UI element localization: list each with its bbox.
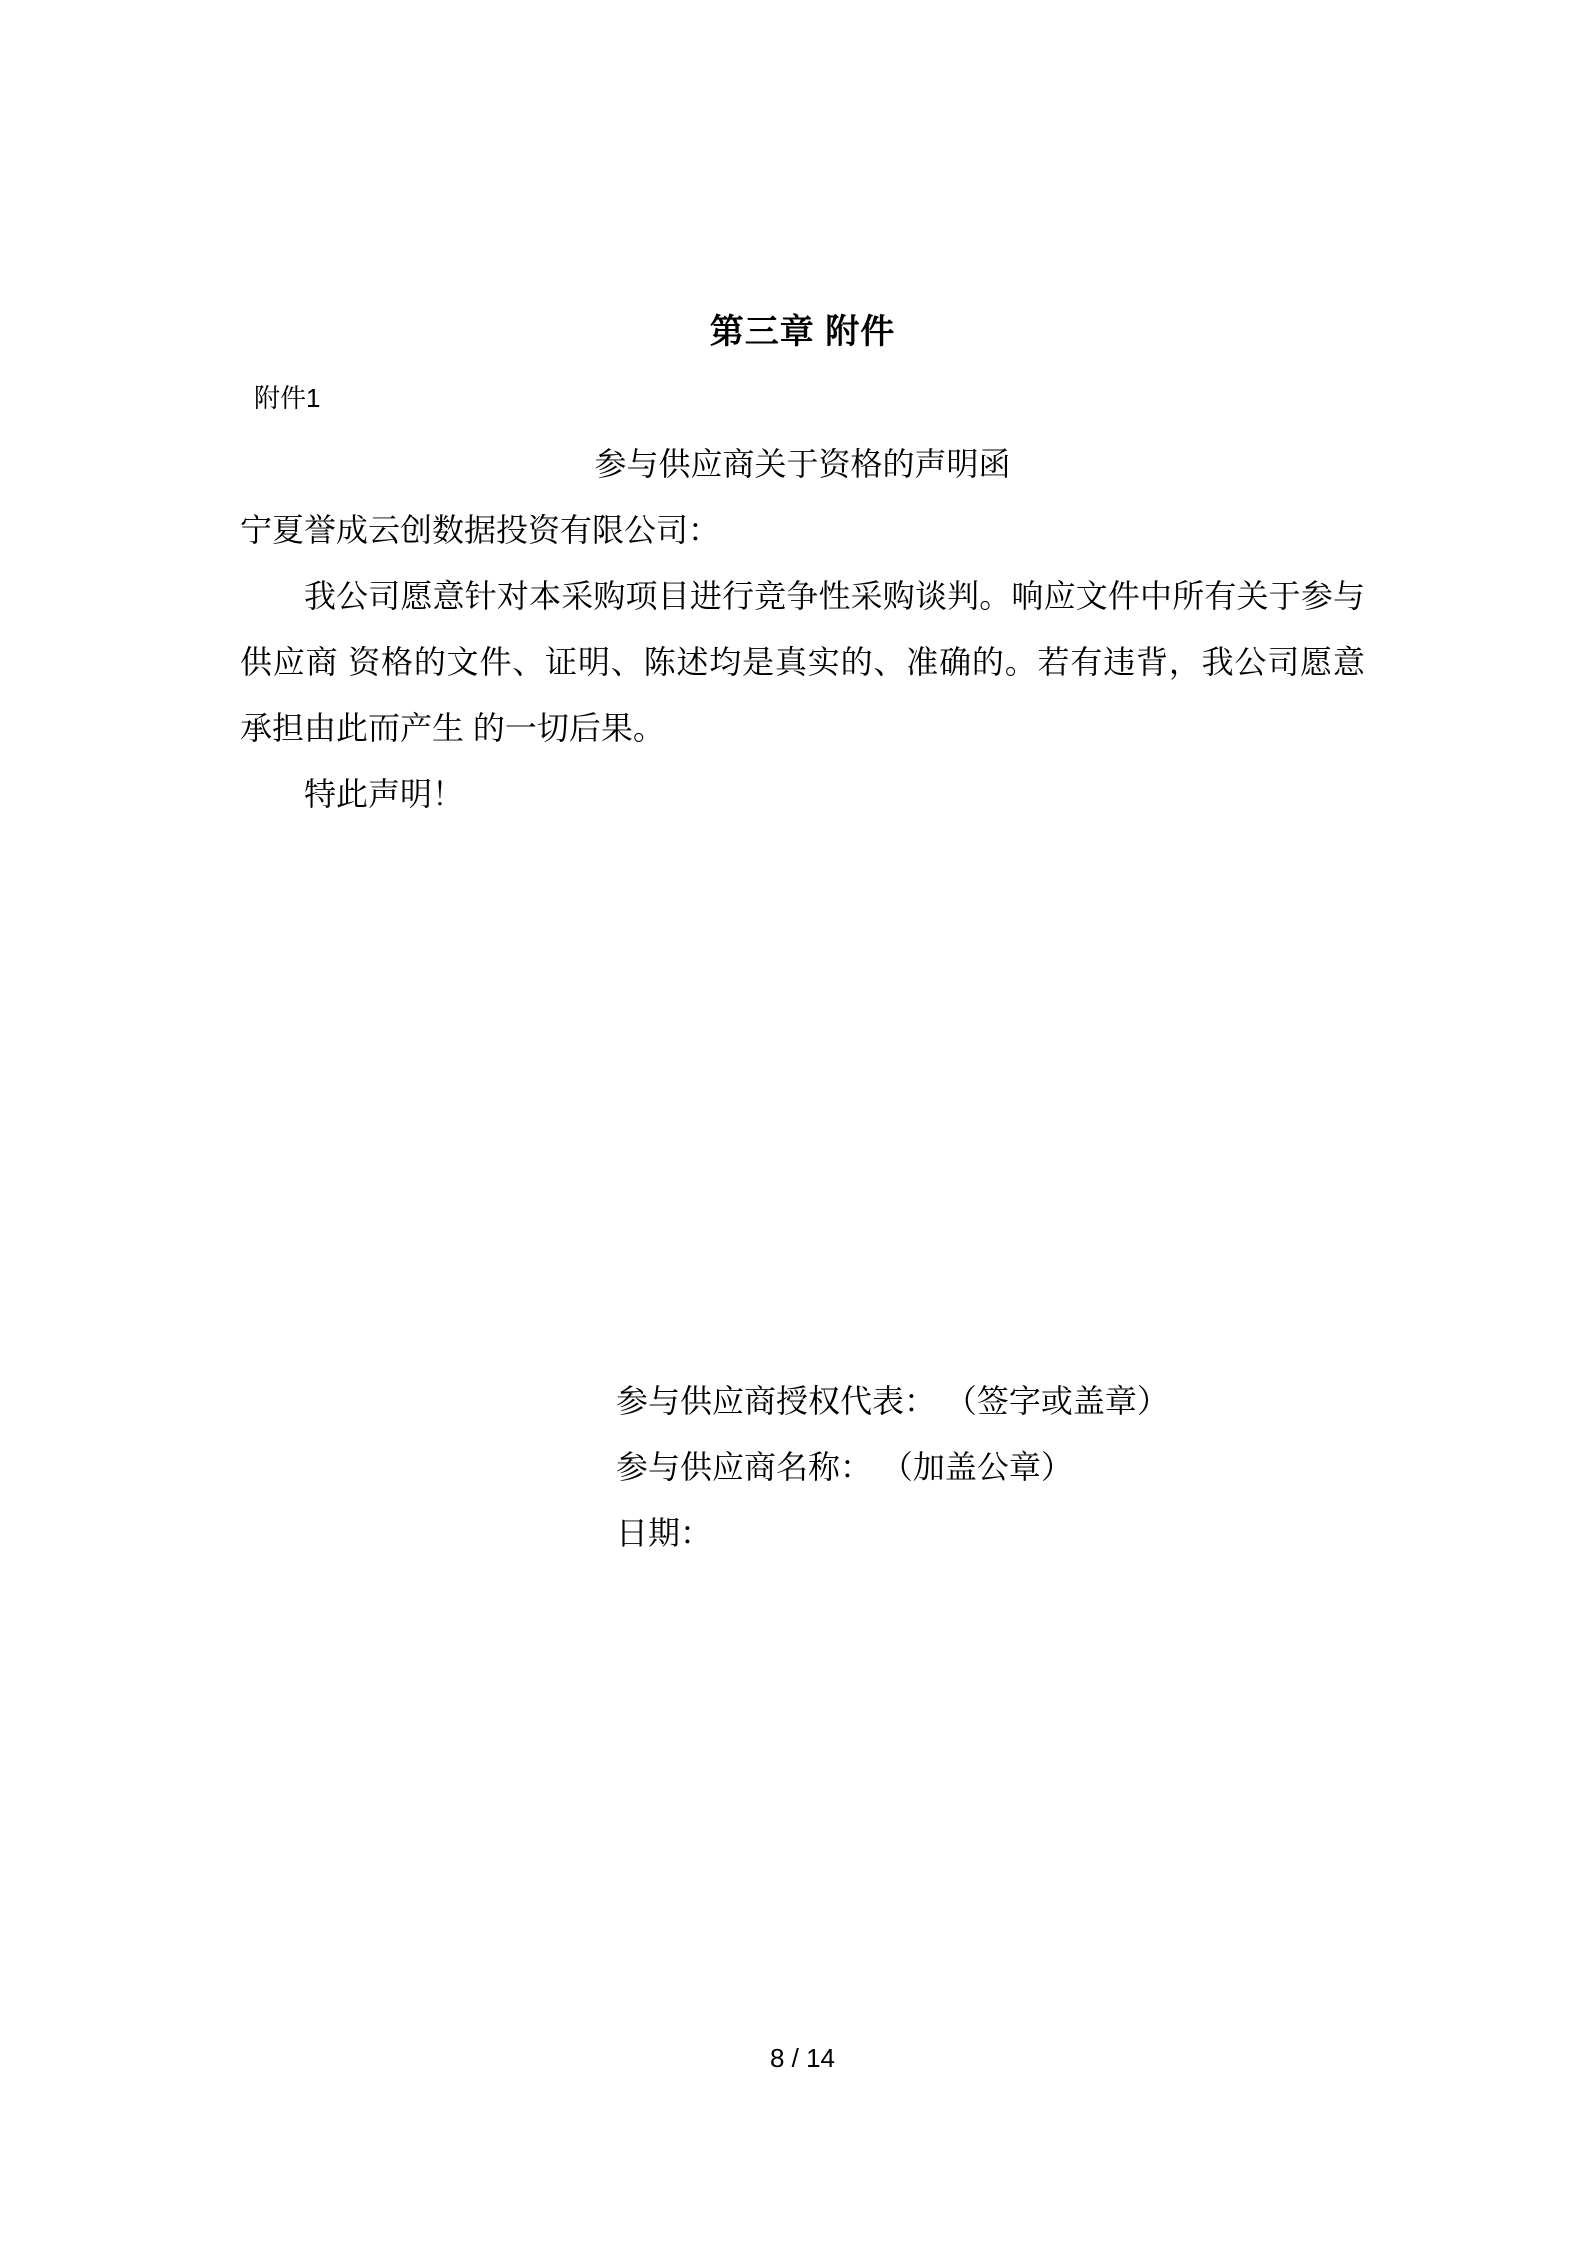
body-line-3: 承担由此而产生 的一切后果。 bbox=[240, 695, 1365, 761]
letter-title: 参与供应商关于资格的声明函 bbox=[240, 431, 1365, 497]
authorized-representative-line: 参与供应商授权代表： （签字或盖章） bbox=[616, 1368, 1365, 1434]
declaration-statement: 特此声明！ bbox=[240, 761, 1365, 827]
chapter-title: 第三章 附件 bbox=[240, 299, 1365, 365]
salutation: 宁夏誉成云创数据投资有限公司： bbox=[240, 497, 1365, 563]
page-number: 8 / 14 bbox=[240, 2042, 1365, 2075]
body-line-1: 我公司愿意针对本采购项目进行竞争性采购谈判。响应文件中所有关于参与 bbox=[240, 563, 1365, 629]
document-page: 第三章 附件 附件1 参与供应商关于资格的声明函 宁夏誉成云创数据投资有限公司：… bbox=[0, 0, 1587, 2245]
body-line-2: 供应商 资格的文件、证明、陈述均是真实的、准确的。若有违背，我公司愿意 bbox=[240, 629, 1365, 695]
signature-block: 参与供应商授权代表： （签字或盖章） 参与供应商名称： （加盖公章） 日期： bbox=[616, 1368, 1365, 1566]
supplier-name-line: 参与供应商名称： （加盖公章） bbox=[616, 1434, 1365, 1500]
date-line: 日期： bbox=[616, 1500, 1365, 1566]
attachment-label: 附件1 bbox=[240, 365, 1365, 431]
